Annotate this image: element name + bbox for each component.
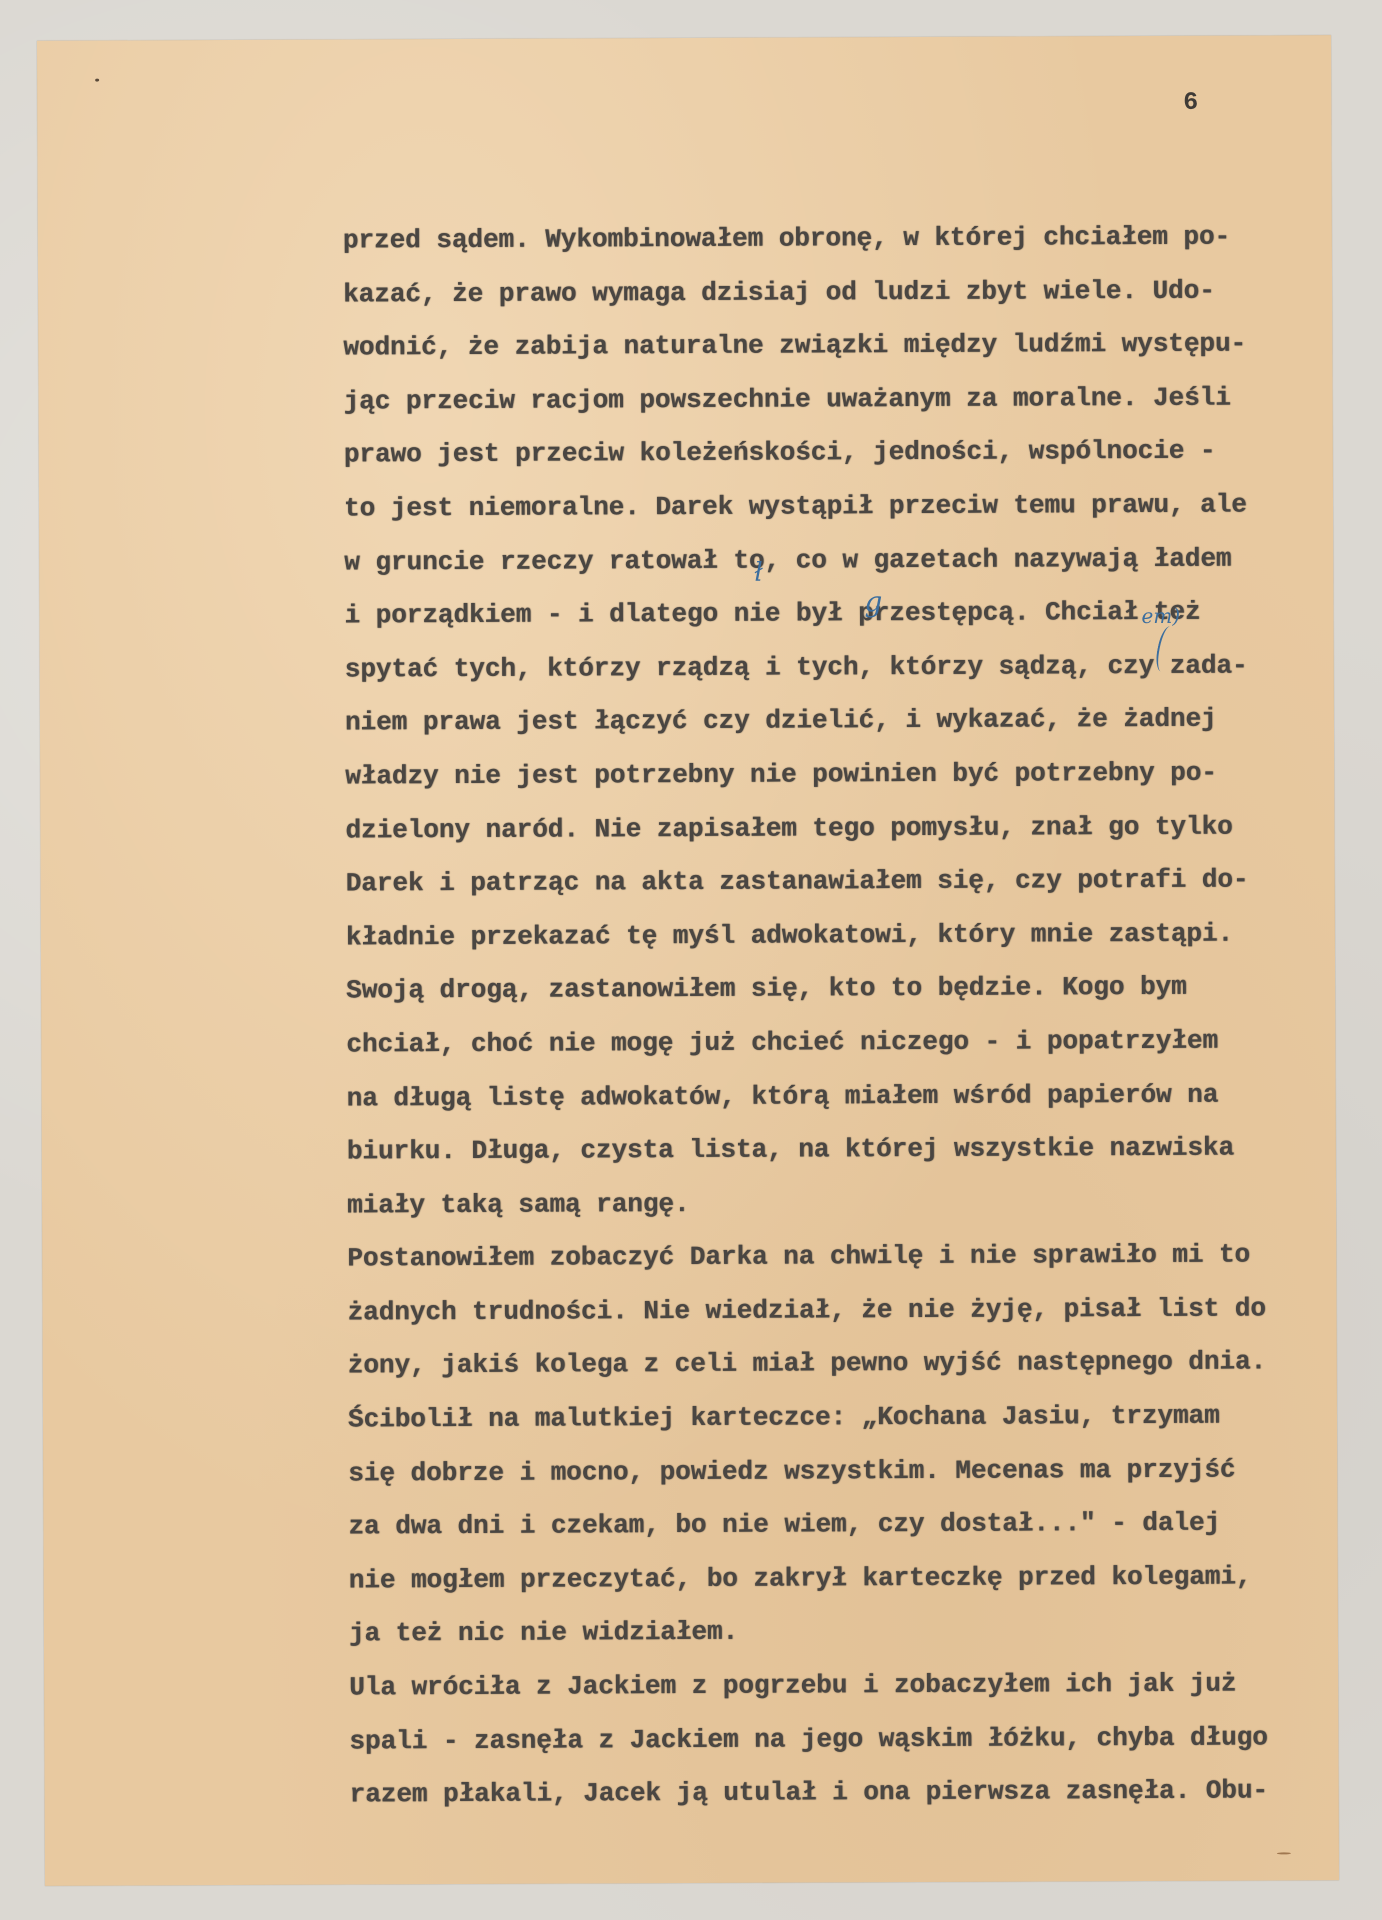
text-line: spali - zasnęła z Jackiem na jego wąskim…: [349, 1722, 1329, 1780]
text-line: w gruncie rzeczy ratował to, co w gazeta…: [344, 543, 1324, 601]
paper-speck: [974, 1577, 977, 1580]
text-line: przed sądem. Wykombinowałem obronę, w kt…: [343, 221, 1323, 279]
text-line: to jest niemoralne. Darek wystąpił przec…: [344, 489, 1324, 547]
text-line: żony, jakiś kolega z celi miał pewno wyj…: [348, 1347, 1328, 1405]
handwritten-insertion-em: em): [1141, 604, 1180, 628]
text-line: prawo jest przeciw koleżeńskości, jednoś…: [344, 436, 1324, 494]
text-line: kazać, że prawo wymaga dzisiaj od ludzi …: [343, 275, 1323, 333]
text-line: Darek i patrząc na akta zastanawiałem si…: [346, 864, 1326, 922]
paper-speck: [1277, 1852, 1291, 1854]
text-line: kładnie przekazać tę myśl adwokatowi, kt…: [346, 918, 1326, 976]
text-line: nie mogłem przeczytać, bo zakrył kartecz…: [349, 1561, 1329, 1619]
typewritten-page: 6 przed sądem. Wykombinowałem obronę, w …: [37, 35, 1339, 1886]
paper-speck: [95, 79, 99, 82]
text-line: Postanowiłem zobaczyć Darka na chwilę i …: [347, 1239, 1327, 1297]
text-line: chciał, choć nie mogę już chcieć niczego…: [346, 1025, 1326, 1083]
text-line: biurku. Długa, czysta lista, na której w…: [347, 1132, 1327, 1190]
text-line: się dobrze i mocno, powiedz wszystkim. M…: [348, 1454, 1328, 1512]
text-line: ja też nic nie widziałem.: [349, 1615, 1329, 1673]
text-line: na długą listę adwokatów, którą miałem w…: [347, 1079, 1327, 1137]
text-line: miały taką samą rangę.: [347, 1186, 1327, 1244]
text-line: dzielony naród. Nie zapisałem tego pomys…: [345, 811, 1325, 869]
text-line: Ula wróciła z Jackiem z pogrzebu i zobac…: [349, 1668, 1329, 1726]
text-line: żadnych trudności. Nie wiedział, że nie …: [347, 1293, 1327, 1351]
body-text: przed sądem. Wykombinowałem obronę, w kt…: [343, 221, 1330, 1833]
text-line: jąc przeciw racjom powszechnie uważanym …: [343, 382, 1323, 440]
text-line: niem prawa jest łączyć czy dzielić, i wy…: [345, 704, 1325, 762]
text-line: Swoją drogą, zastanowiłem się, kto to bę…: [346, 972, 1326, 1030]
page-number: 6: [1183, 88, 1198, 117]
text-line: wodnić, że zabija naturalne związki międ…: [343, 328, 1323, 386]
handwritten-correction-g: g: [864, 585, 882, 618]
text-line: razem płakali, Jacek ją utulał i ona pie…: [350, 1775, 1330, 1833]
text-line: władzy nie jest potrzebny nie powinien b…: [345, 757, 1325, 815]
handwritten-correction-l: ł: [754, 558, 763, 588]
text-line: spytać tych, którzy rządzą i tych, którz…: [345, 650, 1325, 708]
text-line: za dwa dni i czekam, bo nie wiem, czy do…: [348, 1507, 1328, 1565]
text-line: Ścibolił na malutkiej karteczce: „Kochan…: [348, 1400, 1328, 1458]
